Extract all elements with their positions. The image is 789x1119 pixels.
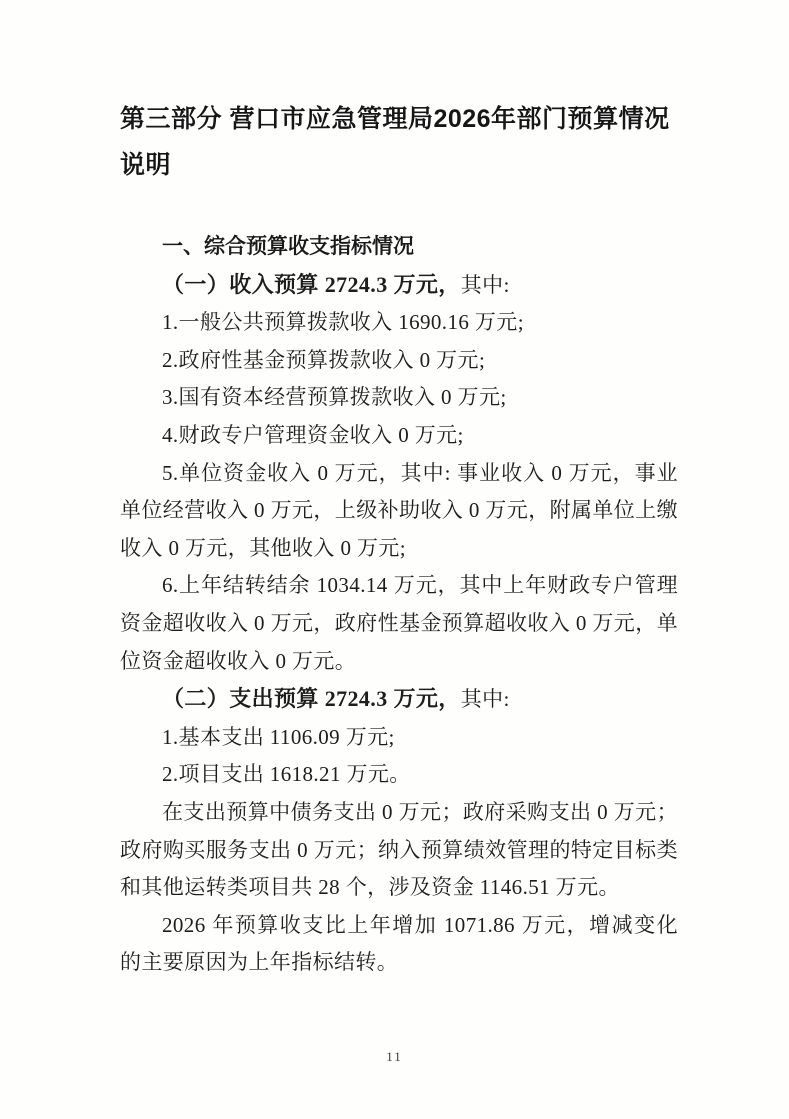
income-item-3: 3.国有资本经营预算拨款收入 0 万元; xyxy=(120,379,678,417)
income-item-5: 5.单位资金收入 0 万元，其中: 事业收入 0 万元，事业单位经营收入 0 万… xyxy=(120,455,678,568)
income-budget-lead-tail: 其中: xyxy=(461,273,510,297)
income-item-1: 1.一般公共预算拨款收入 1690.16 万元; xyxy=(120,304,678,342)
expense-item-2: 2.项目支出 1618.21 万元。 xyxy=(120,756,678,794)
income-budget-lead: （一）收入预算 2724.3 万元，其中: xyxy=(120,266,678,305)
section-heading-overview: 一、综合预算收支指标情况 xyxy=(120,228,678,266)
income-item-4: 4.财政专户管理资金收入 0 万元; xyxy=(120,417,678,455)
expense-budget-lead-tail: 其中: xyxy=(461,687,510,711)
income-item-6: 6.上年结转结余 1034.14 万元，其中上年财政专户管理资金超收收入 0 万… xyxy=(120,567,678,680)
income-item-2: 2.政府性基金预算拨款收入 0 万元; xyxy=(120,342,678,380)
expense-item-1: 1.基本支出 1106.09 万元; xyxy=(120,719,678,757)
expense-budget-lead: （二）支出预算 2724.3 万元，其中: xyxy=(120,680,678,719)
expense-budget-lead-bold: （二）支出预算 2724.3 万元， xyxy=(162,686,461,711)
document-page: 第三部分 营口市应急管理局2026年部门预算情况说明 一、综合预算收支指标情况 … xyxy=(0,0,789,1119)
document-body: 第三部分 营口市应急管理局2026年部门预算情况说明 一、综合预算收支指标情况 … xyxy=(120,96,678,982)
income-budget-lead-bold: （一）收入预算 2724.3 万元， xyxy=(162,272,461,297)
expense-detail-paragraph: 在支出预算中债务支出 0 万元；政府采购支出 0 万元；政府购买服务支出 0 万… xyxy=(120,794,678,907)
year-over-year-paragraph: 2026 年预算收支比上年增加 1071.86 万元，增减变化的主要原因为上年指… xyxy=(120,907,678,982)
page-number: 11 xyxy=(0,1049,789,1065)
document-title: 第三部分 营口市应急管理局2026年部门预算情况说明 xyxy=(120,96,678,188)
